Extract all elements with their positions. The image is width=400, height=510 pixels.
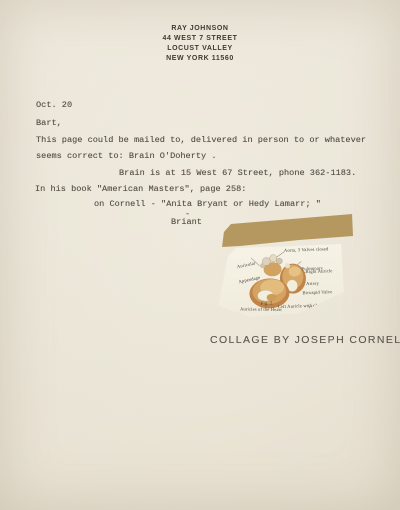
letter-line-briant: Briant: [171, 217, 202, 227]
letterhead-name: RAY JOHNSON: [0, 24, 400, 34]
aorta-valve-lump: [269, 255, 276, 262]
collage-caption: COLLAGE BY JOSEPH CORNELL': [210, 334, 385, 346]
collage-cutout-content: Aorta, 3 Valves closed Auricular Appenda…: [214, 240, 350, 323]
letter-line: on Cornell - "Anita Bryant or Hedy Lamar…: [94, 199, 321, 209]
letterhead-address-line1: 44 WEST 7 STREET: [0, 34, 400, 44]
letterhead: RAY JOHNSON 44 WEST 7 STREET LOCUST VALL…: [0, 24, 400, 64]
letter-line: This page could be mailed to, delivered …: [36, 135, 366, 145]
letterhead-address-line2: LOCUST VALLEY: [0, 44, 400, 54]
collage-cutout: Aorta, 3 Valves closed Auricular Appenda…: [215, 242, 348, 320]
letter-page: RAY JOHNSON 44 WEST 7 STREET LOCUST VALL…: [0, 0, 400, 510]
letterhead-address-line3: NEW YORK 11560: [0, 54, 400, 64]
diagram-label-right-auricle: Right Auricle: [306, 268, 333, 274]
letter-line: seems correct to: Brain O'Doherty .: [36, 151, 217, 161]
label-line: Auricular: [235, 260, 258, 270]
diagram-label-fig-title: Auricles of the Heart: [240, 306, 282, 312]
letter-line: Brain is at 15 West 67 Street, phone 362…: [119, 168, 356, 178]
letter-line-date: Oct. 20: [36, 100, 72, 110]
letter-line-salutation: Bart,: [36, 118, 62, 128]
label-line: Mitral Valve: [278, 317, 326, 324]
diagram-label-fig-number: Fig. 2.: [261, 300, 274, 305]
letter-line: In his book "American Masters", page 258…: [35, 184, 246, 194]
label-line: Left Auricle with closed: [278, 302, 326, 309]
diagram-label-left-auricle: Left Auricle with closed Mitral Valve: [277, 292, 326, 334]
label-line: Appendage: [238, 275, 261, 285]
aorta-valve-lump: [276, 258, 282, 264]
